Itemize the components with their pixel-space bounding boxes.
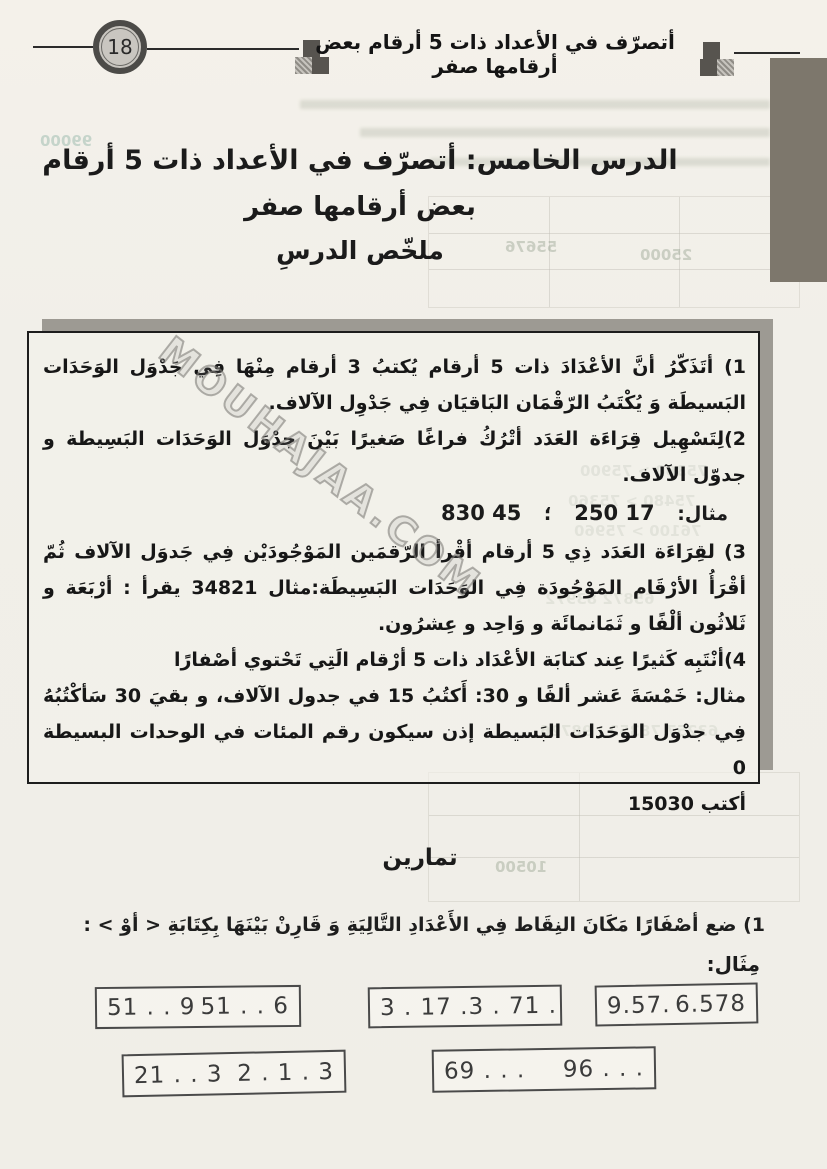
header-rule-left [33,46,93,48]
answer-box-4-number-a: 21 . . 3 [134,1061,223,1089]
answer-box-2: 3 . 17 . 3 . 71 . [368,985,563,1029]
answer-box-3-number-b: 6.578 [675,990,746,1017]
summary-point-1: 1) أتَذَكّرُ أنَّ الأعْدَادَ ذات 5 أرقام… [43,349,746,421]
answer-box-3: 9.57. 6.578 [595,982,759,1026]
scanned-textbook-page: 99000 55676 25000 75360 > 75900 75480 > … [0,0,827,1169]
checker-square-icon [703,42,720,59]
answer-box-5-number-a: 69 . . . [444,1057,526,1084]
answer-box-5-number-b: 96 . . . [563,1055,645,1082]
answer-box-4: 21 . . 3 2 . 1 . 3 [122,1050,347,1098]
summary-point-3: 3) لقِرَاءَة العَدَد ذِي 5 أرقام أقْرأ ا… [43,534,746,642]
exercise-example-label: مِثَال: [707,952,760,976]
title-squares-right [700,42,734,76]
answer-box-1: 51 . . 9 51 . . 6 [95,985,301,1029]
example-1-separator: ؛ [544,503,552,525]
summary-example-2: مثال: خَمْسَةَ عَشر ألفًا و 30: أَكتُبُ … [43,678,746,786]
answer-box-1-number-a: 51 . . 9 [107,994,196,1021]
page-number-badge: 18 [93,20,147,74]
answer-box-4-number-b: 2 . 1 . 3 [237,1058,334,1086]
answer-box-3-number-a: 9.57. [607,992,671,1019]
header-rule-mid [147,48,299,50]
summary-example-1: مثال: 17 250 ؛ 45 830 [43,495,728,532]
header-rule-right [734,52,800,54]
header-title: أتصرّف في الأعداد ذات 5 أرقام بعض أرقامه… [303,30,687,78]
side-shadow-band [770,58,827,282]
summary-point-4: 4)أنْتَبِه كَثيرًا عِند كتابَة الأعْدَاد… [43,642,746,678]
summary-point-2: 2)لِتَسْهِيل قِرَاءَة العَدَد أتْرُكُ فر… [43,421,746,493]
answer-box-5: 69 . . . 96 . . . [432,1046,657,1093]
answer-box-2-number-a: 3 . 17 . [380,993,469,1020]
example-1-number-2: 45 830 [441,501,521,525]
example-1-number-1: 17 250 [574,501,654,525]
checker-square-icon [717,59,734,76]
bleed-text-bar [360,128,770,137]
page-number: 18 [101,28,139,66]
answer-box-2-number-b: 3 . 71 . [468,992,557,1019]
lesson-title-block: الدرس الخامس: أتصرّف في الأعداد ذات 5 أر… [0,145,720,265]
bleed-text-bar [300,100,770,109]
checker-square-icon [700,59,717,76]
answer-box-1-number-b: 51 . . 6 [200,993,289,1020]
lesson-subtitle: ملخّص الدرسِ [0,236,720,265]
example-1-label: مثال: [677,503,728,525]
summary-conclusion: أكتب 15030 [43,786,746,822]
lesson-title-line2: بعض أرقامها صفر [0,192,720,222]
exercises-heading: تمارين [0,845,827,871]
lesson-summary-box: 1) أتَذَكّرُ أنَّ الأعْدَادَ ذات 5 أرقام… [27,331,760,784]
lesson-title-line1: الدرس الخامس: أتصرّف في الأعداد ذات 5 أر… [0,145,720,176]
exercise-1-statement: 1) ضع أصْفَارًا مَكَانَ النِقَاط فِي الأ… [59,908,765,942]
